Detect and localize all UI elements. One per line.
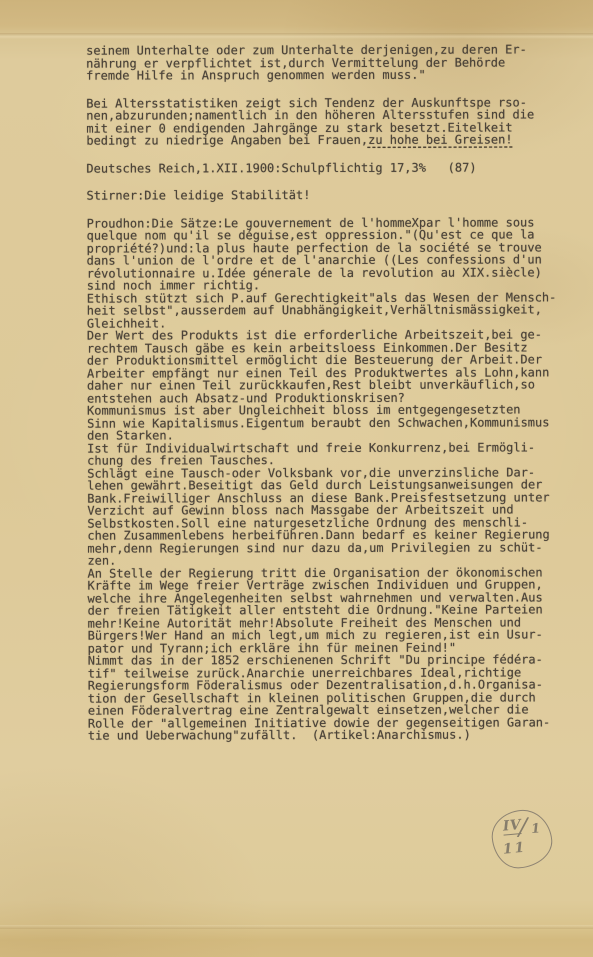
stamp-denominator: 1 xyxy=(531,821,541,837)
paper-crease-bottom xyxy=(0,925,593,929)
line-stirner-heading: Stirner:Die leidige Stabilität! xyxy=(86,188,566,202)
text-line: heit selbst",ausserdem auf Unabhängigkei… xyxy=(87,303,567,317)
paragraph-altersstatistik: Bei Altersstatistiken zeigt sich Tendenz… xyxy=(86,96,566,147)
text-line-with-underline: bedingt zu niedrige Angaben bei Frauen,z… xyxy=(86,133,566,147)
paragraph-proudhon: Proudhon:Die Sätze:Le gouvernement de l'… xyxy=(87,216,568,742)
line-deutsches-reich-statistic: Deutsches Reich,1.XII.1900:Schulpflichti… xyxy=(86,161,566,175)
paragraph-unterhalt: seinem Unterhalte oder zum Unterhalte de… xyxy=(86,43,566,82)
stamp-slash: / xyxy=(519,813,528,841)
text-line: mehr,denn Regierungen sind nur dazu da,u… xyxy=(87,541,567,555)
paper-crease-top xyxy=(0,33,593,39)
archive-stamp-circle: IV / 1 11 xyxy=(490,807,555,870)
text-segment: bedingt zu niedrige Angaben bei Frauen, xyxy=(86,133,368,148)
stamp-number-bottom: 11 xyxy=(502,840,527,858)
document-page: seinem Unterhalte oder zum Unterhalte de… xyxy=(0,0,593,957)
typewritten-text: seinem Unterhalte oder zum Unterhalte de… xyxy=(86,43,568,742)
text-line: fremde Hilfe in Anspruch genommen werden… xyxy=(86,68,566,82)
underlined-text-segment: zu hohe bei Greisen! xyxy=(368,133,513,147)
paragraph-altersstatistik-lines: Bei Altersstatistiken zeigt sich Tendenz… xyxy=(86,96,566,135)
text-line: tie und Ueberwachung"zufällt. (Artikel:A… xyxy=(88,728,568,742)
